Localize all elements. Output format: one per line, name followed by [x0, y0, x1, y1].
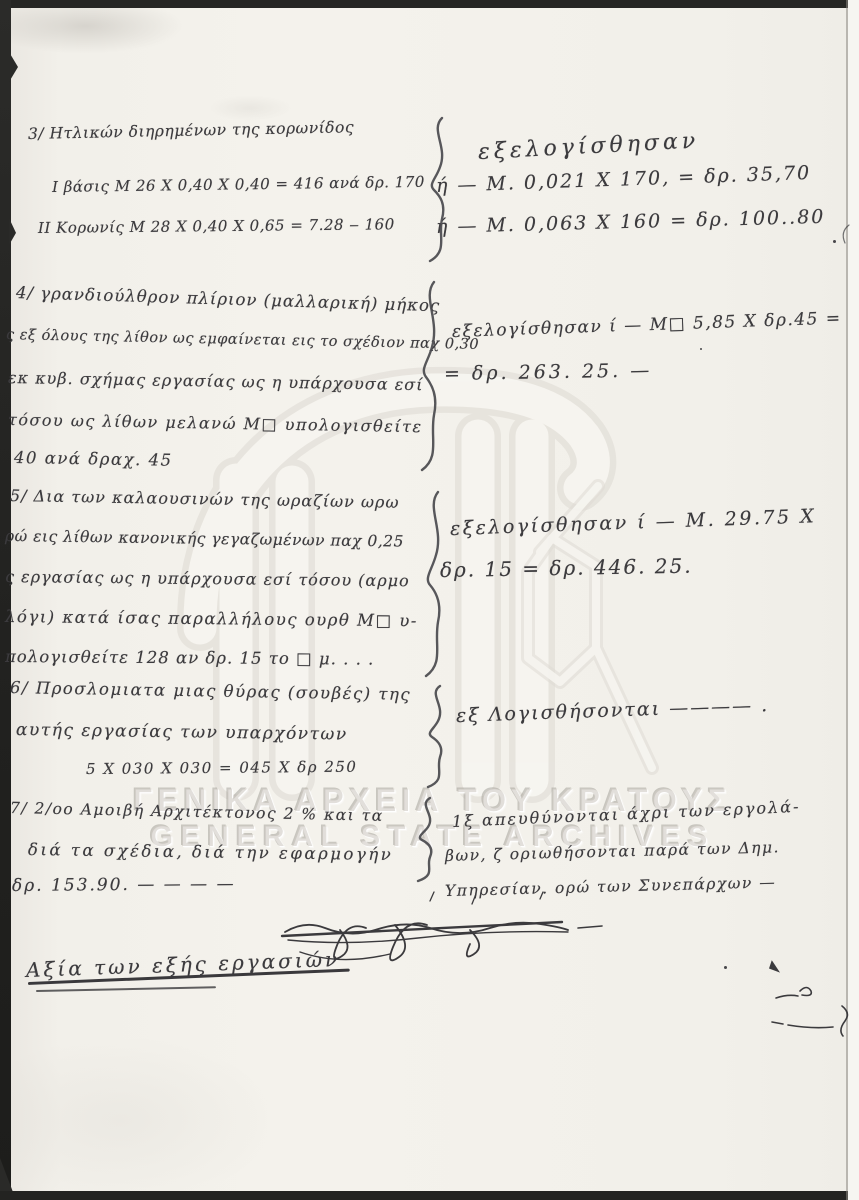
scanned-document-page: ΓΕΝΙΚΑ ΑΡΧΕΙΑ ΤΟΥ ΚΡΑΤΟΥΣ GENERAL STATE … [0, 0, 859, 1200]
ink-dot [833, 240, 836, 243]
ink-dot [700, 348, 702, 350]
crossed-out-signature [282, 892, 602, 960]
ink-dot [724, 966, 727, 969]
margin-ink-marks [770, 225, 849, 1036]
scribbles-and-marks [0, 0, 859, 1200]
